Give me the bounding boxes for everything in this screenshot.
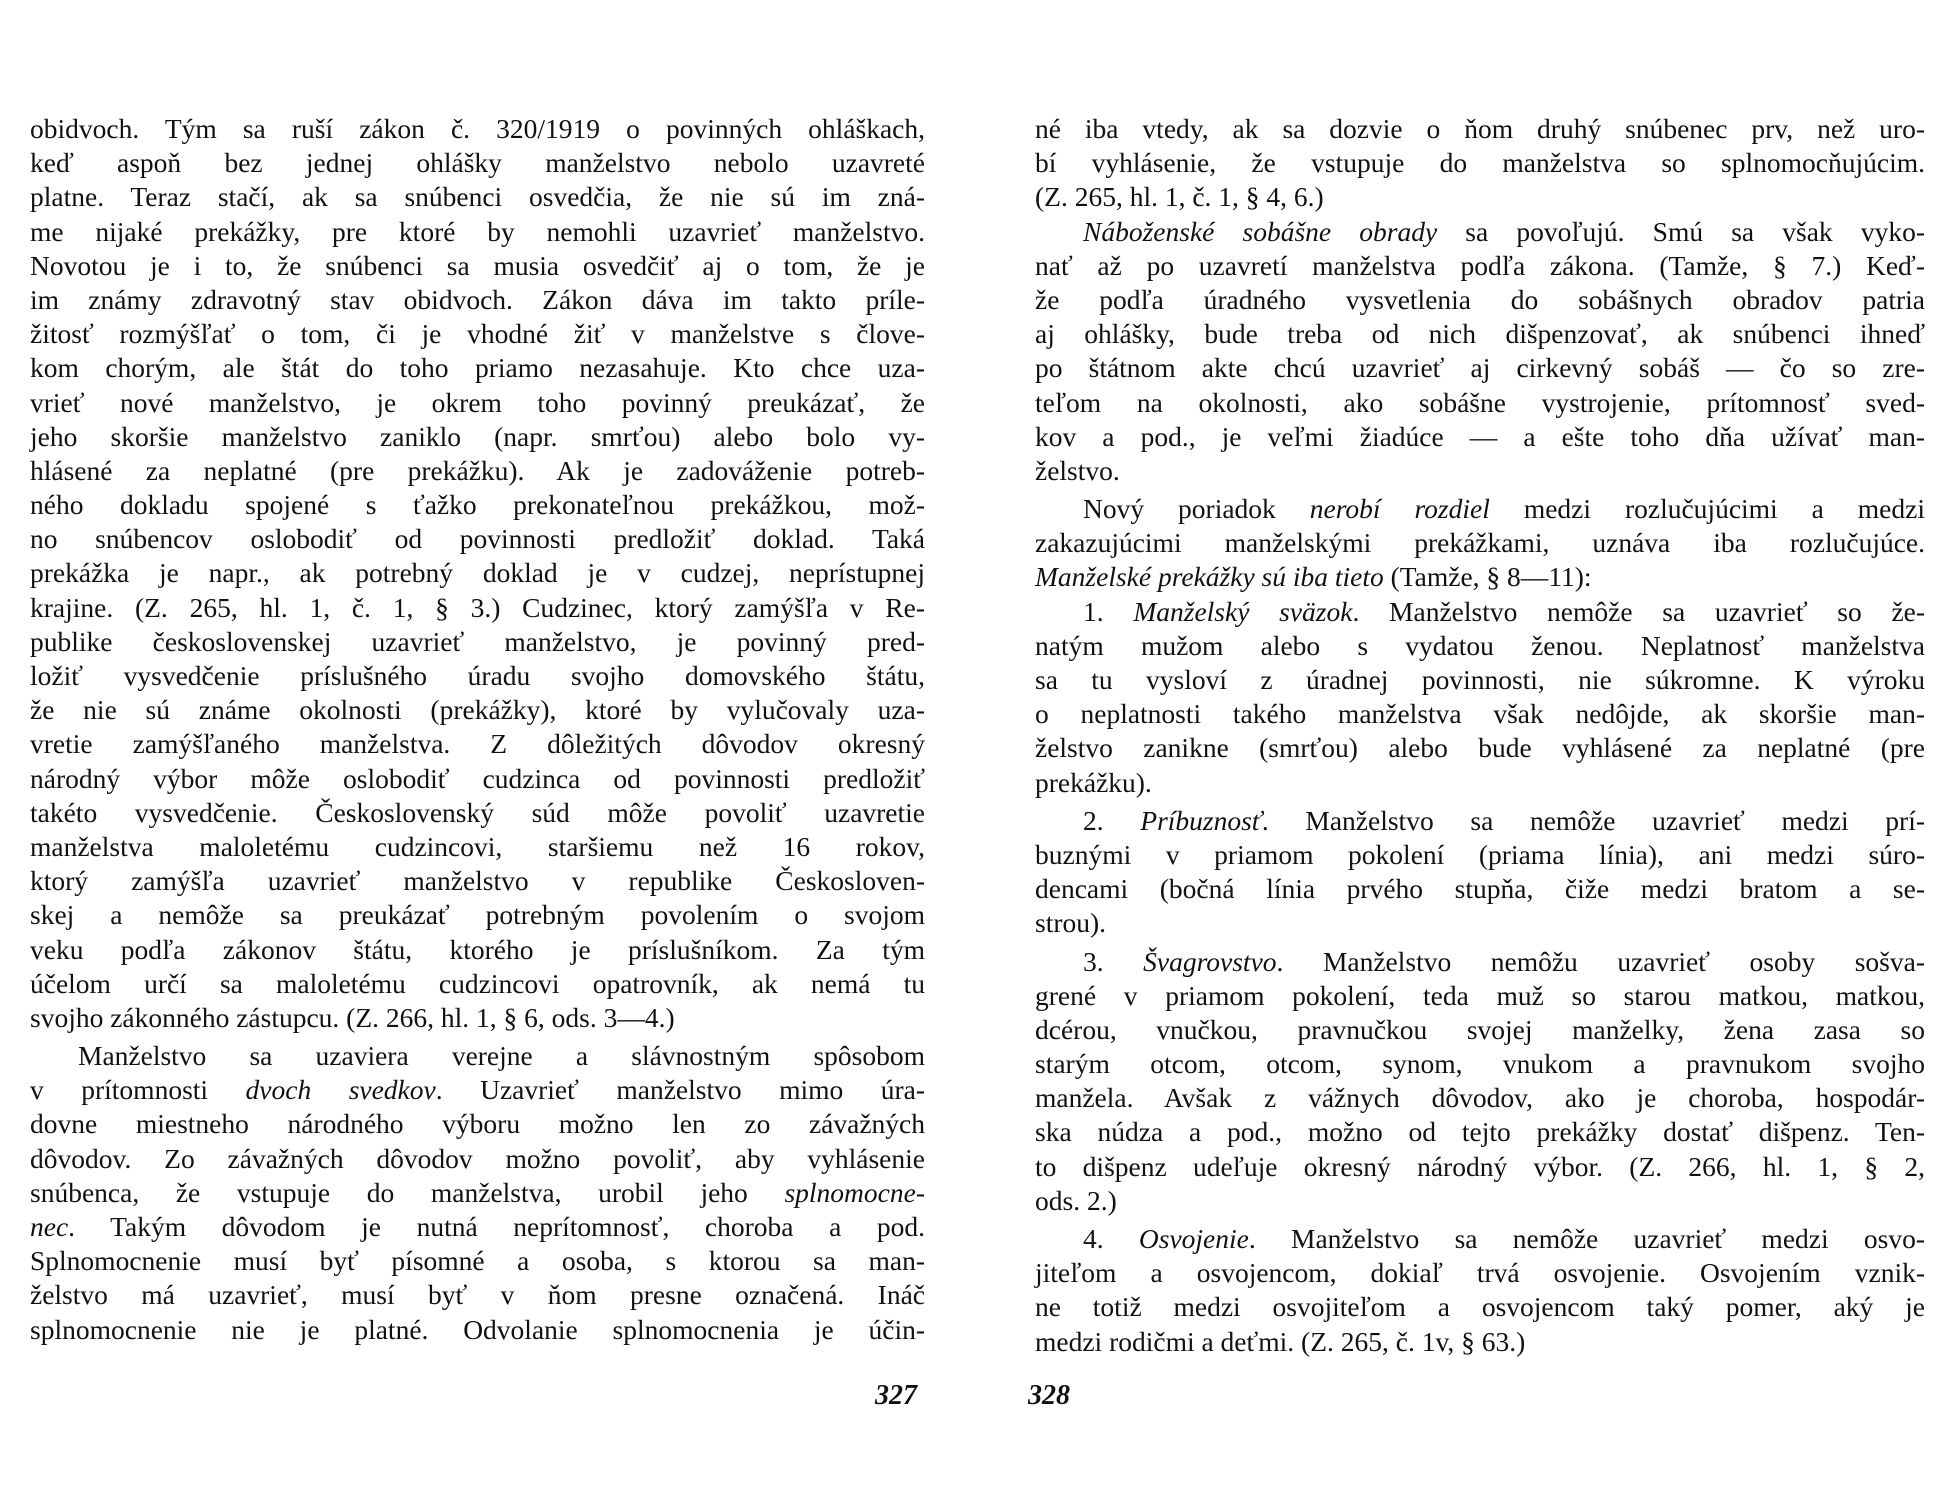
line-text: Manželstvo sa uzaviera verejne a slávnos… <box>78 1040 925 1071</box>
text-line: želstvo zanikne (smrťou) alebo bude vyhl… <box>1035 731 1925 765</box>
text-line: platne. Teraz stačí, ak sa snúbenci osve… <box>30 180 925 214</box>
line-text: zakazujúcimi manželskými prekážkami, uzn… <box>1035 527 1925 558</box>
text-line: ného dokladu spojené s ťažko prekonateľn… <box>30 488 925 522</box>
italic-term: Švagrovstvo <box>1143 946 1276 977</box>
line-text: ods. 2.) <box>1035 1185 1117 1216</box>
line-text: aj ohlášky, bude treba od nich dišpenzov… <box>1035 318 1925 349</box>
text-line: ktorý zamýšľa uzavrieť manželstvo v repu… <box>30 864 925 898</box>
line-text: dencami (bočná línia prvého stupňa, čiže… <box>1035 873 1925 904</box>
text-line: prekážku). <box>1035 766 1925 800</box>
text-line: Splnomocnenie musí byť písomné a osoba, … <box>30 1244 925 1278</box>
italic-term: splnomocne- <box>784 1177 925 1208</box>
text-line: dovne miestneho národného výboru možno l… <box>30 1107 925 1141</box>
text-line: že podľa úradného vysvetlenia do sobášny… <box>1035 283 1925 317</box>
text-line: 1. Manželský sväzok. Manželstvo nemôže s… <box>1035 595 1925 629</box>
text-line: medzi rodičmi a deťmi. (Z. 265, č. 1v, §… <box>1035 1325 1925 1359</box>
text-line: 3. Švagrovstvo. Manželstvo nemôžu uzavri… <box>1035 945 1925 979</box>
line-text: publike československej uzavrieť manžels… <box>30 626 925 657</box>
text-line: po štátnom akte chcú uzavrieť aj cirkevn… <box>1035 351 1925 385</box>
line-text: natým mužom alebo s vydatou ženou. Nepla… <box>1035 630 1925 661</box>
text-line: v prítomnosti dvoch svedkov. Uzavrieť ma… <box>30 1073 925 1107</box>
text-line: me nijaké prekážky, pre ktoré by nemohli… <box>30 215 925 249</box>
line-text-before: 2. <box>1083 805 1140 836</box>
text-line: hlásené za neplatné (pre prekážku). Ak j… <box>30 454 925 488</box>
line-text: prekážka je napr., ak potrebný doklad je… <box>30 557 925 588</box>
line-text: želstvo zanikne (smrťou) alebo bude vyhl… <box>1035 732 1925 763</box>
line-text: starým otcom, otcom, synom, vnukom a pra… <box>1035 1048 1925 1079</box>
line-text: buznými v priamom pokolení (priama línia… <box>1035 839 1925 870</box>
text-line: sa tu vysloví z úradnej povinnosti, nie … <box>1035 663 1925 697</box>
text-line: publike československej uzavrieť manžels… <box>30 625 925 659</box>
text-line: krajine. (Z. 265, hl. 1, č. 1, § 3.) Cud… <box>30 591 925 625</box>
text-line: strou). <box>1035 906 1925 940</box>
line-text: účelom určí sa maloletému cudzincovi opa… <box>30 968 925 999</box>
line-text: splnomocnenie nie je platné. Odvolanie s… <box>30 1314 925 1345</box>
text-line: natým mužom alebo s vydatou ženou. Nepla… <box>1035 629 1925 663</box>
text-line: splnomocnenie nie je platné. Odvolanie s… <box>30 1313 925 1347</box>
line-text-after: medzi rozlučujúcimi a medzi <box>1490 493 1925 524</box>
line-text: po štátnom akte chcú uzavrieť aj cirkevn… <box>1035 352 1925 383</box>
italic-term: Manželské prekážky sú iba tieto <box>1035 561 1384 592</box>
text-line: Manželské prekážky sú iba tieto (Tamže, … <box>1035 560 1925 594</box>
line-text: krajine. (Z. 265, hl. 1, č. 1, § 3.) Cud… <box>30 592 925 623</box>
text-line: aj ohlášky, bude treba od nich dišpenzov… <box>1035 317 1925 351</box>
text-line: 4. Osvojenie. Manželstvo sa nemôže uzavr… <box>1035 1222 1925 1256</box>
text-line: Nový poriadok nerobí rozdiel medzi rozlu… <box>1035 492 1925 526</box>
text-line: teľom na okolnosti, ako sobášne vystroje… <box>1035 386 1925 420</box>
line-text: grené v priamom pokolení, teda muž so st… <box>1035 980 1925 1011</box>
text-line: ska núdza a pod., možno od tejto prekážk… <box>1035 1115 1925 1149</box>
text-line: že nie sú známe okolnosti (prekážky), kt… <box>30 693 925 727</box>
text-line: ne totiž medzi osvojiteľom a osvojencom … <box>1035 1290 1925 1324</box>
line-text: veku podľa zákonov štátu, ktorého je prí… <box>30 934 925 965</box>
line-text: sa tu vysloví z úradnej povinnosti, nie … <box>1035 664 1925 695</box>
line-text: hlásené za neplatné (pre prekážku). Ak j… <box>30 455 925 486</box>
text-line: grené v priamom pokolení, teda muž so st… <box>1035 979 1925 1013</box>
line-text: to dišpenz udeľuje okresný národný výbor… <box>1035 1151 1925 1182</box>
line-text: kov a pod., je veľmi žiadúce — a ešte to… <box>1035 421 1925 452</box>
text-line: keď aspoň bez jednej ohlášky manželstvo … <box>30 146 925 180</box>
text-line: takéto vysvedčenie. Československý súd m… <box>30 796 925 830</box>
line-text: strou). <box>1035 907 1106 938</box>
line-text: kom chorým, ale štát do toho priamo neza… <box>30 352 925 383</box>
text-line: Náboženské sobášne obrady sa povoľujú. S… <box>1035 215 1925 249</box>
text-line: skej a nemôže sa preukázať potrebným pov… <box>30 898 925 932</box>
line-text-after: . Uzavrieť manželstvo mimo úra- <box>436 1074 925 1105</box>
line-text-before: snúbenca, že vstupuje do manželstva, uro… <box>30 1177 784 1208</box>
line-text: ska núdza a pod., možno od tejto prekážk… <box>1035 1116 1925 1147</box>
text-line: jeho skoršie manželstvo zaniklo (napr. s… <box>30 420 925 454</box>
text-line: buznými v priamom pokolení (priama línia… <box>1035 838 1925 872</box>
line-text: ktorý zamýšľa uzavrieť manželstvo v repu… <box>30 865 925 896</box>
text-line: dencami (bočná línia prvého stupňa, čiže… <box>1035 872 1925 906</box>
line-text: dovne miestneho národného výboru možno l… <box>30 1108 925 1139</box>
line-text: bí vyhlásenie, že vstupuje do manželstva… <box>1035 147 1925 178</box>
line-text: Splnomocnenie musí byť písomné a osoba, … <box>30 1245 925 1276</box>
italic-term: dvoch svedkov <box>246 1074 436 1105</box>
line-text: o neplatnosti takého manželstva však ned… <box>1035 698 1925 729</box>
text-line: manžela. Avšak z vážnych dôvodov, ako je… <box>1035 1081 1925 1115</box>
italic-term: Osvojenie <box>1139 1223 1249 1254</box>
line-text: svojho zákonného zástupcu. (Z. 266, hl. … <box>30 1002 675 1033</box>
text-line: nať až po uzavretí manželstva podľa záko… <box>1035 249 1925 283</box>
line-text-after: sa povoľujú. Smú sa však vyko- <box>1437 216 1925 247</box>
italic-term: Manželský sväzok <box>1133 596 1352 627</box>
line-text-before: Nový poriadok <box>1083 493 1310 524</box>
line-text: medzi rodičmi a deťmi. (Z. 265, č. 1v, §… <box>1035 1326 1525 1357</box>
text-line: svojho zákonného zástupcu. (Z. 266, hl. … <box>30 1001 925 1035</box>
line-text: že podľa úradného vysvetlenia do sobášny… <box>1035 284 1925 315</box>
line-text-after: (Tamže, § 8—11): <box>1384 561 1592 592</box>
text-line: (Z. 265, hl. 1, č. 1, § 4, 6.) <box>1035 180 1925 214</box>
page-number-left: 327 <box>875 1380 917 1412</box>
line-text: žitosť rozmýšľať o tom, či je vhodné žiť… <box>30 318 925 349</box>
line-text: me nijaké prekážky, pre ktoré by nemohli… <box>30 216 925 247</box>
text-line: 2. Príbuznosť. Manželstvo sa nemôže uzav… <box>1035 804 1925 838</box>
line-text: no snúbencov oslobodiť od povinnosti pre… <box>30 523 925 554</box>
text-line: želstvo má uzavrieť, musí byť v ňom pres… <box>30 1278 925 1312</box>
line-text: platne. Teraz stačí, ak sa snúbenci osve… <box>30 181 925 212</box>
line-text: želstvo má uzavrieť, musí byť v ňom pres… <box>30 1279 925 1310</box>
line-text: (Z. 265, hl. 1, č. 1, § 4, 6.) <box>1035 181 1324 212</box>
line-text: manželstva maloletému cudzincovi, starši… <box>30 831 925 862</box>
line-text-after: . Manželstvo nemôže sa uzavrieť so že- <box>1352 596 1925 627</box>
text-line: prekážka je napr., ak potrebný doklad je… <box>30 556 925 590</box>
italic-term: nerobí rozdiel <box>1310 493 1490 524</box>
text-line: dcérou, vnučkou, pravnučkou svojej manže… <box>1035 1013 1925 1047</box>
text-line: vretie zamýšľaného manželstva. Z dôležit… <box>30 727 925 761</box>
text-line: národný výbor môže oslobodiť cudzinca od… <box>30 762 925 796</box>
line-text: vretie zamýšľaného manželstva. Z dôležit… <box>30 728 925 759</box>
line-text-after: . Takým dôvodom je nutná neprítomnosť, c… <box>68 1211 925 1242</box>
text-line: zakazujúcimi manželskými prekážkami, uzn… <box>1035 526 1925 560</box>
line-text: dcérou, vnučkou, pravnučkou svojej manže… <box>1035 1014 1925 1045</box>
text-line: Novotou je i to, že snúbenci sa musia os… <box>30 249 925 283</box>
line-text: teľom na okolnosti, ako sobášne vystroje… <box>1035 387 1925 418</box>
line-text: jiteľom a osvojencom, dokiaľ trvá osvoje… <box>1035 1257 1925 1288</box>
line-text: skej a nemôže sa preukázať potrebným pov… <box>30 899 925 930</box>
text-line: starým otcom, otcom, synom, vnukom a pra… <box>1035 1047 1925 1081</box>
text-line: ods. 2.) <box>1035 1184 1925 1218</box>
line-text: manžela. Avšak z vážnych dôvodov, ako je… <box>1035 1082 1925 1113</box>
line-text: želstvo. <box>1035 455 1120 486</box>
text-line: jiteľom a osvojencom, dokiaľ trvá osvoje… <box>1035 1256 1925 1290</box>
text-line: im známy zdravotný stav obidvoch. Zákon … <box>30 283 925 317</box>
line-text-before: 4. <box>1083 1223 1139 1254</box>
left-page-text: obidvoch. Tým sa ruší zákon č. 320/1919 … <box>30 112 925 1347</box>
line-text: vrieť nové manželstvo, je okrem toho pov… <box>30 387 925 418</box>
text-line: dôvodov. Zo závažných dôvodov možno povo… <box>30 1142 925 1176</box>
text-line: obidvoch. Tým sa ruší zákon č. 320/1919 … <box>30 112 925 146</box>
text-line: žitosť rozmýšľať o tom, či je vhodné žiť… <box>30 317 925 351</box>
line-text-after: . Manželstvo sa nemôže uzavrieť medzi pr… <box>1262 805 1925 836</box>
text-line: želstvo. <box>1035 454 1925 488</box>
text-line: vrieť nové manželstvo, je okrem toho pov… <box>30 386 925 420</box>
line-text: že nie sú známe okolnosti (prekážky), kt… <box>30 694 925 725</box>
line-text: Novotou je i to, že snúbenci sa musia os… <box>30 250 925 281</box>
text-line: no snúbencov oslobodiť od povinnosti pre… <box>30 522 925 556</box>
italic-term: Príbuznosť <box>1140 805 1262 836</box>
line-text-after: . Manželstvo sa nemôže uzavrieť medzi os… <box>1249 1223 1925 1254</box>
line-text: dôvodov. Zo závažných dôvodov možno povo… <box>30 1143 925 1174</box>
italic-term: nec <box>30 1211 68 1242</box>
line-text: ného dokladu spojené s ťažko prekonateľn… <box>30 489 925 520</box>
line-text: prekážku). <box>1035 767 1152 798</box>
text-line: kom chorým, ale štát do toho priamo neza… <box>30 351 925 385</box>
text-line: ložiť vysvedčenie príslušného úradu svoj… <box>30 659 925 693</box>
italic-term: Náboženské sobášne obrady <box>1083 216 1437 247</box>
line-text: keď aspoň bez jednej ohlášky manželstvo … <box>30 147 925 178</box>
text-line: né iba vtedy, ak sa dozvie o ňom druhý s… <box>1035 112 1925 146</box>
line-text-before: 1. <box>1083 596 1133 627</box>
line-text: né iba vtedy, ak sa dozvie o ňom druhý s… <box>1035 113 1925 144</box>
line-text: takéto vysvedčenie. Československý súd m… <box>30 797 925 828</box>
line-text-after: . Manželstvo nemôžu uzavrieť osoby sošva… <box>1277 946 1925 977</box>
line-text: národný výbor môže oslobodiť cudzinca od… <box>30 763 925 794</box>
text-line: o neplatnosti takého manželstva však ned… <box>1035 697 1925 731</box>
text-line: bí vyhlásenie, že vstupuje do manželstva… <box>1035 146 1925 180</box>
line-text: jeho skoršie manželstvo zaniklo (napr. s… <box>30 421 925 452</box>
line-text-before: 3. <box>1083 946 1143 977</box>
line-text-before: v prítomnosti <box>30 1074 246 1105</box>
right-page-text: né iba vtedy, ak sa dozvie o ňom druhý s… <box>1035 112 1925 1359</box>
text-line: kov a pod., je veľmi žiadúce — a ešte to… <box>1035 420 1925 454</box>
text-line: Manželstvo sa uzaviera verejne a slávnos… <box>30 1039 925 1073</box>
line-text: im známy zdravotný stav obidvoch. Zákon … <box>30 284 925 315</box>
page-number-right: 328 <box>1028 1380 1070 1412</box>
text-line: nec. Takým dôvodom je nutná neprítomnosť… <box>30 1210 925 1244</box>
text-line: snúbenca, že vstupuje do manželstva, uro… <box>30 1176 925 1210</box>
text-line: veku podľa zákonov štátu, ktorého je prí… <box>30 933 925 967</box>
line-text: obidvoch. Tým sa ruší zákon č. 320/1919 … <box>30 113 925 144</box>
line-text: ne totiž medzi osvojiteľom a osvojencom … <box>1035 1291 1925 1322</box>
line-text: nať až po uzavretí manželstva podľa záko… <box>1035 250 1925 281</box>
text-line: účelom určí sa maloletému cudzincovi opa… <box>30 967 925 1001</box>
text-line: to dišpenz udeľuje okresný národný výbor… <box>1035 1150 1925 1184</box>
line-text: ložiť vysvedčenie príslušného úradu svoj… <box>30 660 925 691</box>
text-line: manželstva maloletému cudzincovi, starši… <box>30 830 925 864</box>
